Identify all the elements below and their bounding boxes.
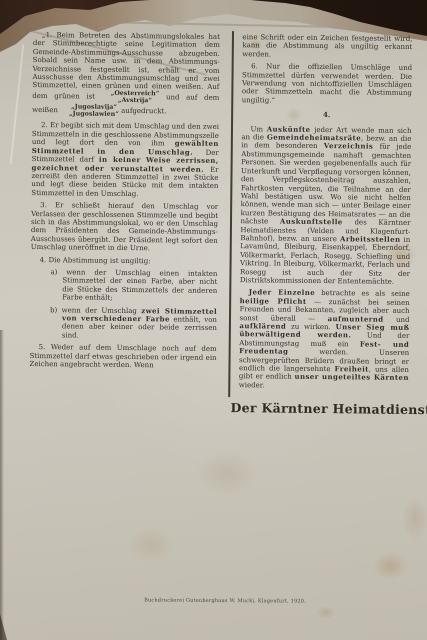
section-number: 4. <box>242 110 412 120</box>
paragraph-5: 5. Weder auf dem Umschlage noch auf dem … <box>29 343 216 370</box>
paragraph-1: „1. Beim Betreten des Abstimmungslokales… <box>32 31 220 119</box>
left-edge-shadow <box>0 330 4 640</box>
printer-imprint: Buchdruckerei Gutenberghaus W. Mucki, Kl… <box>140 597 310 604</box>
paragraph-2: 2. Er begibt sich mit dem Umschlag und d… <box>31 121 219 199</box>
printed-content: „1. Beim Betreten des Abstimmungslokales… <box>29 31 419 415</box>
crease-line <box>10 44 25 164</box>
stain-spot <box>196 450 258 496</box>
signature-line: Der Kärntner Heimatdienst. <box>231 404 409 414</box>
right-column: eine Schrift oder ein Zeichen festgestel… <box>239 33 413 414</box>
paragraph-5-continuation: eine Schrift oder ein Zeichen festgestel… <box>242 33 412 60</box>
stain-spot <box>316 606 336 619</box>
photo-of-document: „1. Beim Betreten des Abstimmungslokales… <box>0 0 427 640</box>
list-item-b: b) wenn der Umschlag zwei Stimmzettel vo… <box>50 306 217 341</box>
stain-spot <box>402 498 427 540</box>
paragraph-4-heading: 4. Die Abstimmung ist ungiltig: <box>31 256 218 266</box>
paragraph-info-offices: Um Auskünfte jeder Art wende man sich an… <box>240 125 412 286</box>
paragraph-3: 3. Er schließt hierauf den Umschlag vor … <box>31 201 219 253</box>
left-column: „1. Beim Betreten des Abstimmungslokales… <box>29 31 220 413</box>
column-divider-rule <box>228 31 233 397</box>
paragraph-6: 6. Nur die offiziellen Umschläge und Sti… <box>242 62 412 106</box>
list-item-a: a) wenn der Umschlag einen intakten Stim… <box>50 268 217 303</box>
stain-spot <box>372 552 408 580</box>
stain-spot <box>128 528 174 562</box>
paragraph-appeal: Jeder Einzelne betrachte es als seine he… <box>239 289 410 392</box>
